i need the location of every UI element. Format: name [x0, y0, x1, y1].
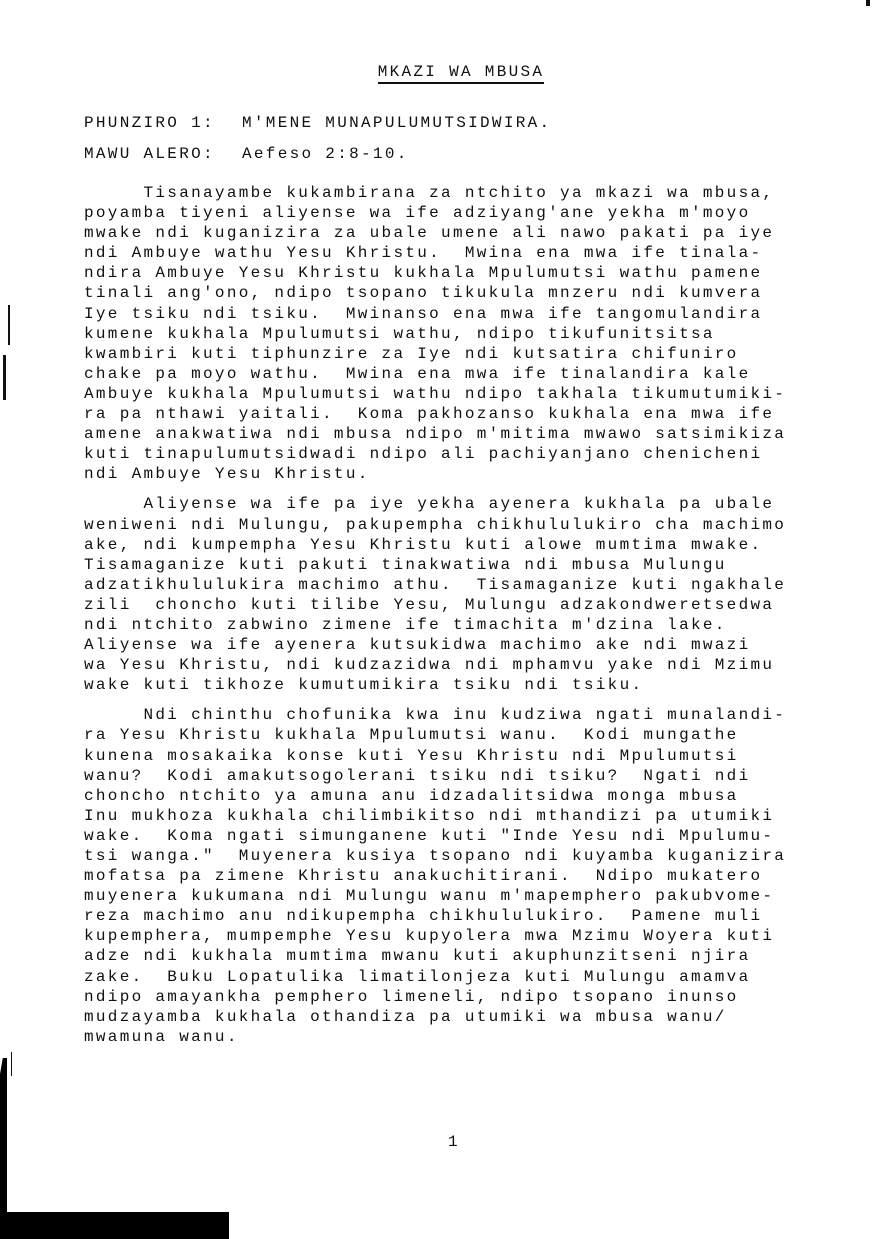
scan-artifact-corner	[866, 0, 870, 6]
text-line: adze ndi kukhala mumtima mwanu kuti akup…	[84, 946, 824, 966]
text-line: Ndi chinthu chofunika kwa inu kudziwa ng…	[84, 705, 824, 725]
scan-artifact-edge-mark	[8, 305, 10, 345]
text-line: wa Yesu Khristu, ndi kudzazidwa ndi mpha…	[84, 655, 824, 675]
text-line: Tisamaganize kuti pakuti tinakwatiwa ndi…	[84, 555, 824, 575]
text-line: Inu mukhoza kukhala chilimbikitso ndi mt…	[84, 806, 824, 826]
text-line: zili choncho kuti tilibe Yesu, Mulungu a…	[84, 595, 824, 615]
text-line: ndi Ambuye wathu Yesu Khristu. Mwina ena…	[84, 243, 824, 263]
text-line: poyamba tiyeni aliyense wa ife adziyang'…	[84, 203, 824, 223]
reading-row: MAWU ALERO:Aefeso 2:8-10.	[84, 144, 409, 164]
scan-artifact-binding-shadow	[0, 1058, 7, 1218]
paragraph-1: Tisanayambe kukambirana za ntchito ya mk…	[84, 183, 824, 484]
text-line: ndipo amayankha pemphero limeneli, ndipo…	[84, 987, 824, 1007]
text-line: kwambiri kuti tiphunzire za Iye ndi kuts…	[84, 344, 824, 364]
text-line: zake. Buku Lopatulika limatilonjeza kuti…	[84, 967, 824, 987]
text-line: kuti tinapulumutsidwadi ndipo ali pachiy…	[84, 444, 824, 464]
text-line: mwamuna wanu.	[84, 1027, 824, 1047]
text-line: Aliyense wa ife ayenera kutsukidwa machi…	[84, 635, 824, 655]
lesson-label: PHUNZIRO 1:	[84, 113, 242, 133]
text-line: ndi ntchito zabwino zimene ife timachita…	[84, 615, 824, 635]
text-line: tsi wanga." Muyenera kusiya tsopano ndi …	[84, 846, 824, 866]
text-line: kunena mosakaika konse kuti Yesu Khristu…	[84, 746, 824, 766]
document-body: Tisanayambe kukambirana za ntchito ya mk…	[84, 183, 824, 1057]
text-line: amene anakwatiwa ndi mbusa ndipo m'mitim…	[84, 424, 824, 444]
scan-artifact-edge-mark	[11, 1052, 12, 1076]
paragraph-3: Ndi chinthu chofunika kwa inu kudziwa ng…	[84, 705, 824, 1047]
text-line: mudzayamba kukhala othandiza pa utumiki …	[84, 1007, 824, 1027]
scan-artifact-edge-mark	[3, 355, 6, 400]
document-page: MKAZI WA MBUSA PHUNZIRO 1:M'MENE MUNAPUL…	[0, 0, 872, 1239]
text-line: adzatikhululukira machimo athu. Tisamaga…	[84, 575, 824, 595]
text-line: wake kuti tikhoze kumutumikira tsiku ndi…	[84, 675, 824, 695]
lesson-row: PHUNZIRO 1:M'MENE MUNAPULUMUTSIDWIRA.	[84, 113, 551, 133]
text-line: reza machimo anu ndikupempha chikhululuk…	[84, 906, 824, 926]
document-title: MKAZI WA MBUSA	[0, 62, 872, 82]
text-line: ake, ndi kumpempha Yesu Khristu kuti alo…	[84, 535, 824, 555]
scan-artifact-bottom-shadow	[0, 1212, 229, 1239]
text-line: kupemphera, mumpemphe Yesu kupyolera mwa…	[84, 926, 824, 946]
page-number: 1	[448, 1132, 458, 1152]
text-line: kumene kukhala Mpulumutsi wathu, ndipo t…	[84, 324, 824, 344]
text-line: Tisanayambe kukambirana za ntchito ya mk…	[84, 183, 824, 203]
text-line: ra Yesu Khristu kukhala Mpulumutsi wanu.…	[84, 725, 824, 745]
text-line: ndira Ambuye Yesu Khristu kukhala Mpulum…	[84, 263, 824, 283]
text-line: choncho ntchito ya amuna anu idzadalitsi…	[84, 786, 824, 806]
document-title-text: MKAZI WA MBUSA	[378, 63, 545, 84]
text-line: wake. Koma ngati simunganene kuti "Inde …	[84, 826, 824, 846]
text-line: chake pa moyo wathu. Mwina ena mwa ife t…	[84, 364, 824, 384]
paragraph-2: Aliyense wa ife pa iye yekha ayenera kuk…	[84, 494, 824, 695]
text-line: Ambuye kukhala Mpulumutsi wathu ndipo ta…	[84, 384, 824, 404]
text-line: Iye tsiku ndi tsiku. Mwinanso ena mwa if…	[84, 304, 824, 324]
text-line: muyenera kukumana ndi Mulungu wanu m'map…	[84, 886, 824, 906]
text-line: mwake ndi kuganizira za ubale umene ali …	[84, 223, 824, 243]
text-line: Aliyense wa ife pa iye yekha ayenera kuk…	[84, 494, 824, 514]
text-line: weniweni ndi Mulungu, pakupempha chikhul…	[84, 515, 824, 535]
text-line: ndi Ambuye Yesu Khristu.	[84, 464, 824, 484]
reading-value: Aefeso 2:8-10.	[242, 145, 409, 163]
text-line: mofatsa pa zimene Khristu anakuchitirani…	[84, 866, 824, 886]
text-line: wanu? Kodi amakutsogolerani tsiku ndi ts…	[84, 766, 824, 786]
text-line: ra pa nthawi yaitali. Koma pakhozanso ku…	[84, 404, 824, 424]
text-line: tinali ang'ono, ndipo tsopano tikukula m…	[84, 283, 824, 303]
lesson-value: M'MENE MUNAPULUMUTSIDWIRA.	[242, 114, 551, 132]
reading-label: MAWU ALERO:	[84, 144, 242, 164]
